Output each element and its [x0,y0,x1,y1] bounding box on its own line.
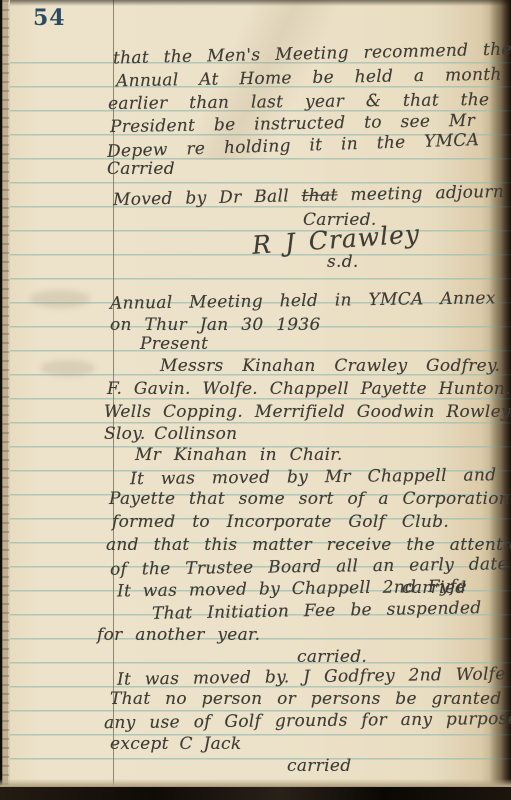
handwriting-line: carried [402,578,466,598]
handwriting-line: Payette that some sort of a Corporation … [109,489,511,509]
handwriting-line: Mr Kinahan in Chair. [135,445,343,465]
handwriting-line: Messrs Kinahan Crawley Godfrey. [160,356,500,376]
handwriting-line: F. Gavin. Wolfe. Chappell Payette Hunton… [107,379,511,399]
handwriting-line: s.d. [327,252,359,272]
motion-text: Moved by Dr Ball [113,186,289,210]
motion-text: meeting adjourn [350,182,504,205]
handwriting-line: It was moved by Mr Chappell and Mr [130,465,511,489]
page-number: 54 [33,5,66,31]
handwriting-line: Sloy. Collinson [104,424,237,444]
handwriting-line: for another year. [97,625,260,645]
handwriting-line: carried. [297,647,367,667]
book-cover-edge [0,787,511,800]
handwriting-line: Wells Copping. Merrifield Goodwin Rowley… [104,402,511,422]
page-stack-texture [2,0,9,788]
handwriting-line: formed to Incorporate Golf Club. [112,512,449,532]
handwriting-line: Present [140,334,208,354]
minute-book-photo: 54 that the Men's Meeting recommend the … [0,0,511,800]
handwriting-line: carried [287,756,351,776]
ink-showthrough [40,360,95,376]
handwriting-line: earlier than last year & that the [108,90,490,114]
handwriting-line: any use of Golf grounds for any purpose [104,709,511,733]
ink-showthrough [30,290,90,308]
handwriting-line: on Thur Jan 30 1936 [110,315,321,335]
handwriting-line: except C Jack [110,734,241,754]
handwriting-line: That no person or persons be granted [110,689,502,709]
struck-word: that [301,185,337,206]
handwriting-line: and that this matter receive the attenti… [106,535,511,555]
handwriting-line: Carried [107,159,175,179]
top-shadow [10,0,511,6]
